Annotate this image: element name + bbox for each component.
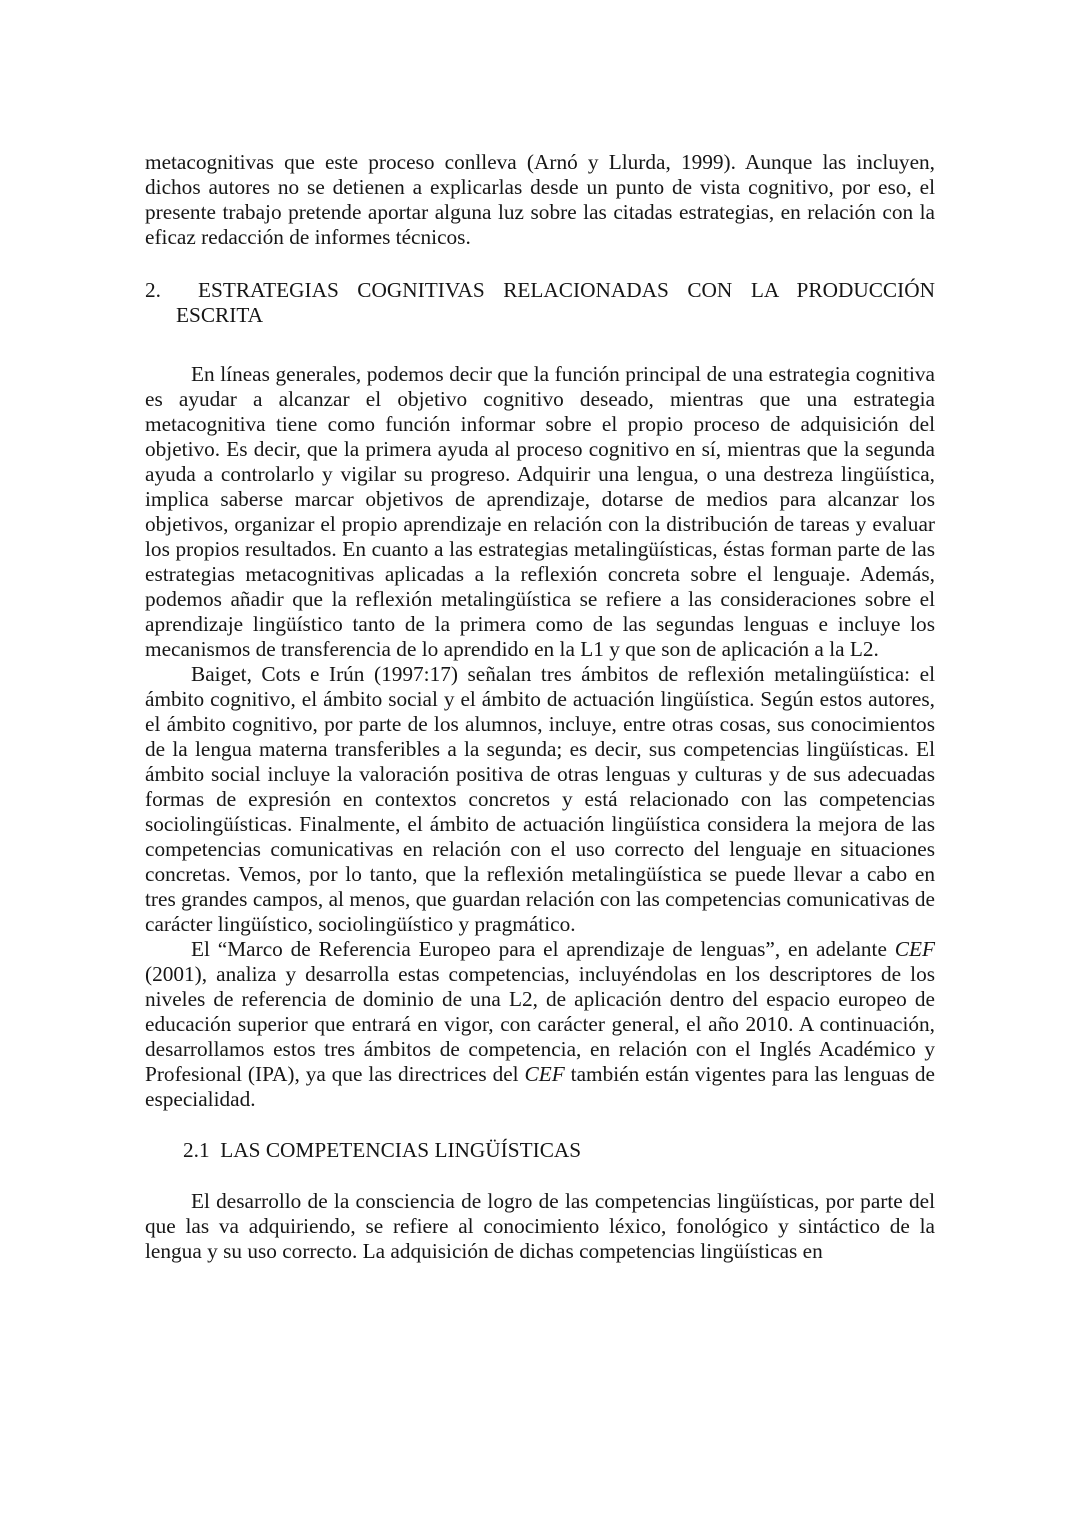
section-2-paragraph-2: Baiget, Cots e Irún (1997:17) señalan tr… bbox=[145, 662, 935, 937]
document-page: metacognitivas que este proceso conlleva… bbox=[0, 0, 1080, 1528]
section-2-paragraph-3: El “Marco de Referencia Europeo para el … bbox=[145, 937, 935, 1112]
section-2-paragraph-1: En líneas generales, podemos decir que l… bbox=[145, 362, 935, 662]
section-2-heading: 2. ESTRATEGIAS COGNITIVAS RELACIONADAS C… bbox=[145, 278, 935, 328]
intro-paragraph: metacognitivas que este proceso conlleva… bbox=[145, 150, 935, 250]
section-2-1-paragraph-1: El desarrollo de la consciencia de logro… bbox=[145, 1189, 935, 1264]
section-2-1-heading: 2.1 LAS COMPETENCIAS LINGÜÍSTICAS bbox=[145, 1138, 935, 1163]
text-column: metacognitivas que este proceso conlleva… bbox=[145, 150, 935, 1264]
